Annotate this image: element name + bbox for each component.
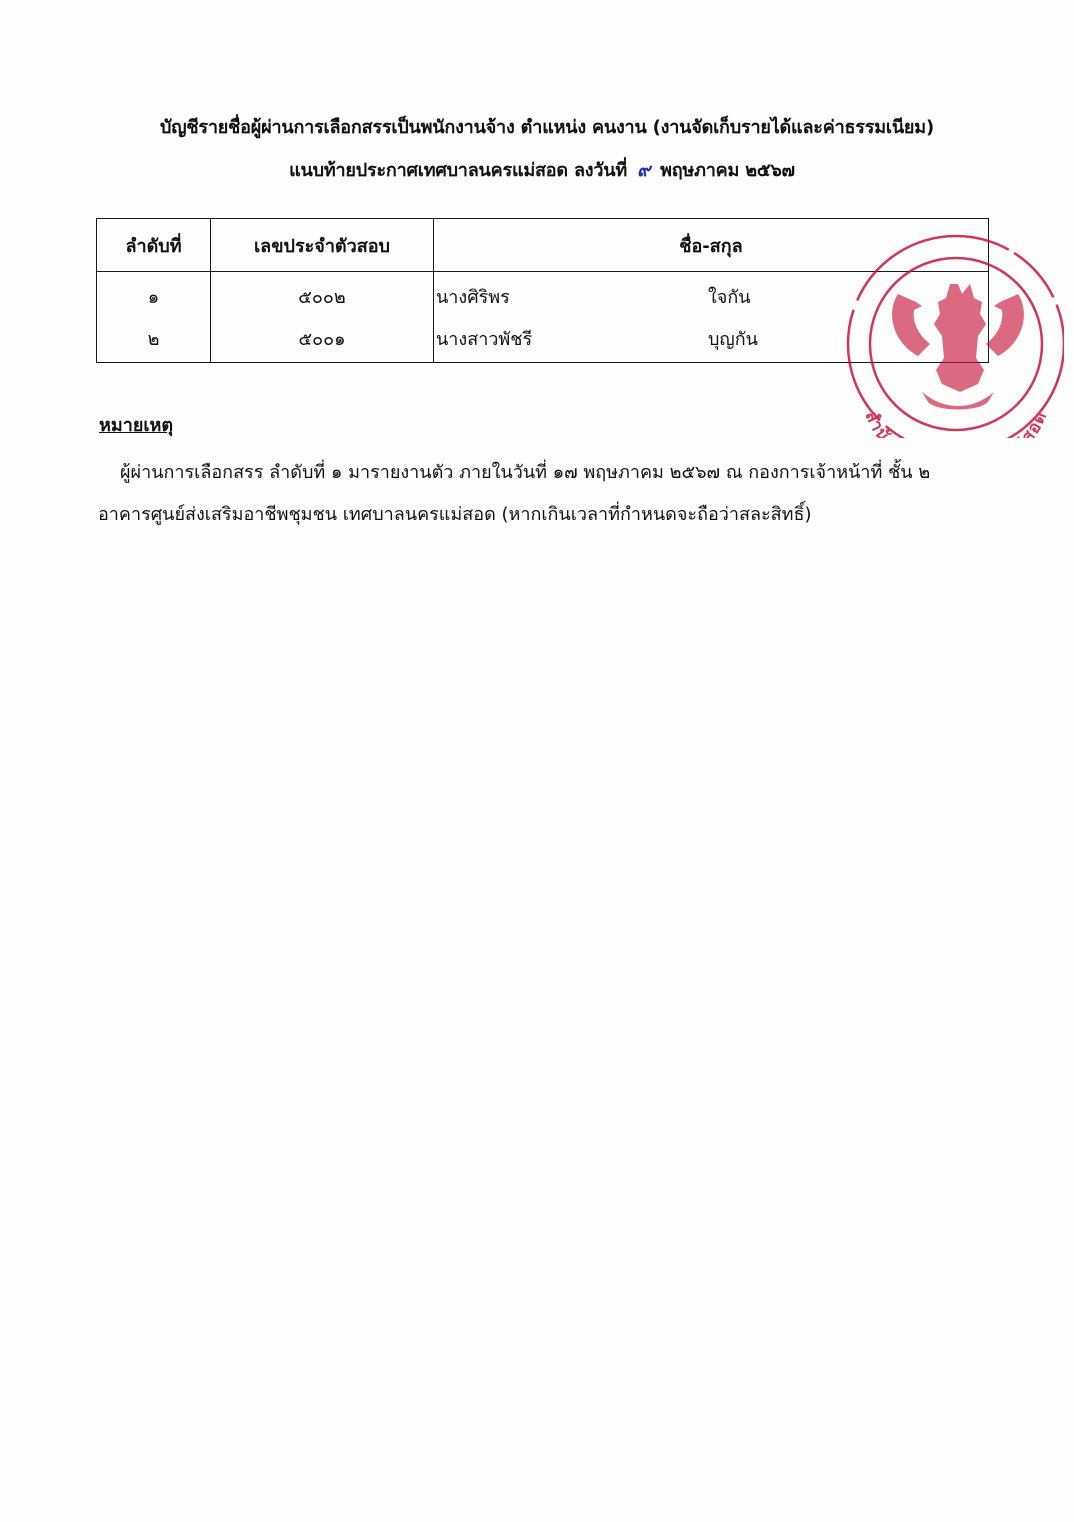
subtitle-prefix: แนบท้ายประกาศเทศบาลนครแม่สอด ลงวันที่ [289, 160, 627, 181]
row-order: ๒ [97, 317, 211, 363]
document-title: บัญชีรายชื่อผู้ผ่านการเลือกสรรเป็นพนักงา… [0, 112, 1074, 141]
row-first-name: นางสาวพัชรี [436, 324, 708, 353]
note-body: ผู้ผ่านการเลือกสรร ลำดับที่ ๑ มารายงานตั… [98, 452, 958, 536]
note-heading: หมายเหตุ [99, 410, 173, 439]
candidate-table: ลำดับที่ เลขประจำตัวสอบ ชื่อ-สกุล ๑ ๕๐๐๒… [96, 218, 989, 363]
note-line-1: ผู้ผ่านการเลือกสรร ลำดับที่ ๑ มารายงานตั… [98, 452, 958, 494]
note-line-1-text: ผู้ผ่านการเลือกสรร ลำดับที่ ๑ มารายงานตั… [120, 462, 930, 483]
row-full-name: นางศิริพรใจกัน [434, 272, 989, 318]
row-exam-id: ๕๐๐๒ [211, 272, 434, 318]
row-last-name: ใจกัน [708, 282, 751, 311]
table-row: ๑ ๕๐๐๒ นางศิริพรใจกัน [97, 272, 989, 318]
document-subtitle: แนบท้ายประกาศเทศบาลนครแม่สอด ลงวันที่๙พฤ… [0, 155, 1074, 184]
row-full-name: นางสาวพัชรีบุญกัน [434, 317, 989, 363]
table-row: ๒ ๕๐๐๑ นางสาวพัชรีบุญกัน [97, 317, 989, 363]
document-page: บัญชีรายชื่อผู้ผ่านการเลือกสรรเป็นพนักงา… [0, 0, 1074, 1522]
stamp-text: สำนักงานเทศบาลนครแม่สอด [860, 408, 1051, 438]
header-full-name: ชื่อ-สกุล [434, 219, 989, 272]
header-exam-id: เลขประจำตัวสอบ [211, 219, 434, 272]
handwritten-day: ๙ [627, 160, 660, 181]
header-order: ลำดับที่ [97, 219, 211, 272]
row-exam-id: ๕๐๐๑ [211, 317, 434, 363]
svg-text:สำนักงานเทศบาลนครแม่สอด: สำนักงานเทศบาลนครแม่สอด [860, 408, 1051, 438]
subtitle-month-year: พฤษภาคม ๒๕๖๗ [660, 160, 795, 181]
row-order: ๑ [97, 272, 211, 318]
row-last-name: บุญกัน [708, 324, 758, 353]
note-line-2: อาคารศูนย์ส่งเสริมอาชีพชุมชน เทศบาลนครแม… [98, 494, 958, 536]
row-first-name: นางศิริพร [436, 282, 708, 311]
table-header-row: ลำดับที่ เลขประจำตัวสอบ ชื่อ-สกุล [97, 219, 989, 272]
